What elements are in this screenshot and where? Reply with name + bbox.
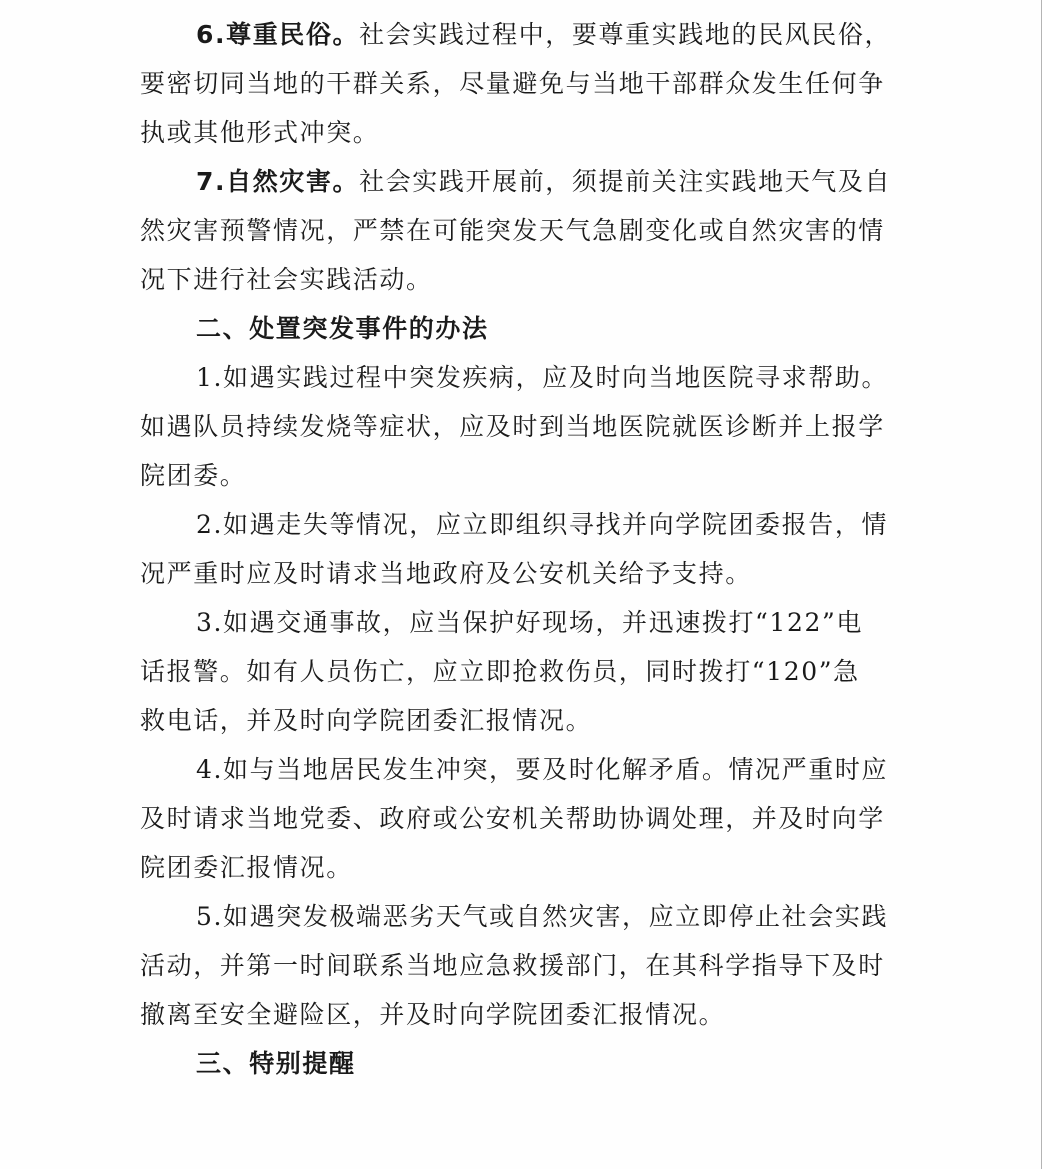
paragraph-natural-disasters: 7.自然灾害。社会实践开展前，须提前关注实践地天气及自 然灾害预警情况，严禁在可…: [140, 157, 912, 304]
document-body: 6.尊重民俗。社会实践过程中，要尊重实践地的民风民俗， 要密切同当地的干群关系，…: [140, 10, 912, 1088]
section-heading-emergency-handling: 二、处置突发事件的办法: [140, 304, 912, 353]
text-line: 5.如遇突发极端恶劣天气或自然灾害，应立即停止社会实践: [140, 892, 912, 941]
document-page: 6.尊重民俗。社会实践过程中，要尊重实践地的民风民俗， 要密切同当地的干群关系，…: [0, 0, 1042, 1169]
text-line: 6.尊重民俗。社会实践过程中，要尊重实践地的民风民俗，: [140, 10, 912, 59]
text-line: 7.自然灾害。社会实践开展前，须提前关注实践地天气及自: [140, 157, 912, 206]
list-item-traffic-accident: 3.如遇交通事故，应当保护好现场，并迅速拨打“122”电 话报警。如有人员伤亡，…: [140, 598, 912, 745]
paragraph-lead: 6.尊重民俗。: [196, 20, 359, 49]
text-line: 4.如与当地居民发生冲突，要及时化解矛盾。情况严重时应: [140, 745, 912, 794]
paragraph-respect-customs: 6.尊重民俗。社会实践过程中，要尊重实践地的民风民俗， 要密切同当地的干群关系，…: [140, 10, 912, 157]
text-line: 活动，并第一时间联系当地应急救援部门，在其科学指导下及时: [140, 941, 912, 990]
list-item-extreme-weather: 5.如遇突发极端恶劣天气或自然灾害，应立即停止社会实践 活动，并第一时间联系当地…: [140, 892, 912, 1039]
text-line: 院团委。: [140, 451, 912, 500]
text-line: 及时请求当地党委、政府或公安机关帮助协调处理，并及时向学: [140, 794, 912, 843]
text-line: 况严重时应及时请求当地政府及公安机关给予支持。: [140, 549, 912, 598]
text-line: 况下进行社会实践活动。: [140, 255, 912, 304]
text-line: 撤离至安全避险区，并及时向学院团委汇报情况。: [140, 990, 912, 1039]
paragraph-lead: 7.自然灾害。: [196, 167, 359, 196]
text-line: 执或其他形式冲突。: [140, 108, 912, 157]
list-item-local-conflict: 4.如与当地居民发生冲突，要及时化解矛盾。情况严重时应 及时请求当地党委、政府或…: [140, 745, 912, 892]
list-item-missing-person: 2.如遇走失等情况，应立即组织寻找并向学院团委报告，情 况严重时应及时请求当地政…: [140, 500, 912, 598]
text-line: 2.如遇走失等情况，应立即组织寻找并向学院团委报告，情: [140, 500, 912, 549]
text-line: 要密切同当地的干群关系，尽量避免与当地干部群众发生任何争: [140, 59, 912, 108]
text-line: 救电话，并及时向学院团委汇报情况。: [140, 696, 912, 745]
text-line: 3.如遇交通事故，应当保护好现场，并迅速拨打“122”电: [140, 598, 912, 647]
text-line: 1.如遇实践过程中突发疾病，应及时向当地医院寻求帮助。: [140, 353, 912, 402]
text-line: 然灾害预警情况，严禁在可能突发天气急剧变化或自然灾害的情: [140, 206, 912, 255]
text-line: 院团委汇报情况。: [140, 843, 912, 892]
text-line: 话报警。如有人员伤亡，应立即抢救伤员，同时拨打“120”急: [140, 647, 912, 696]
text-line: 如遇队员持续发烧等症状，应及时到当地医院就医诊断并上报学: [140, 402, 912, 451]
section-heading-special-reminder: 三、特别提醒: [140, 1039, 912, 1088]
list-item-illness: 1.如遇实践过程中突发疾病，应及时向当地医院寻求帮助。 如遇队员持续发烧等症状，…: [140, 353, 912, 500]
